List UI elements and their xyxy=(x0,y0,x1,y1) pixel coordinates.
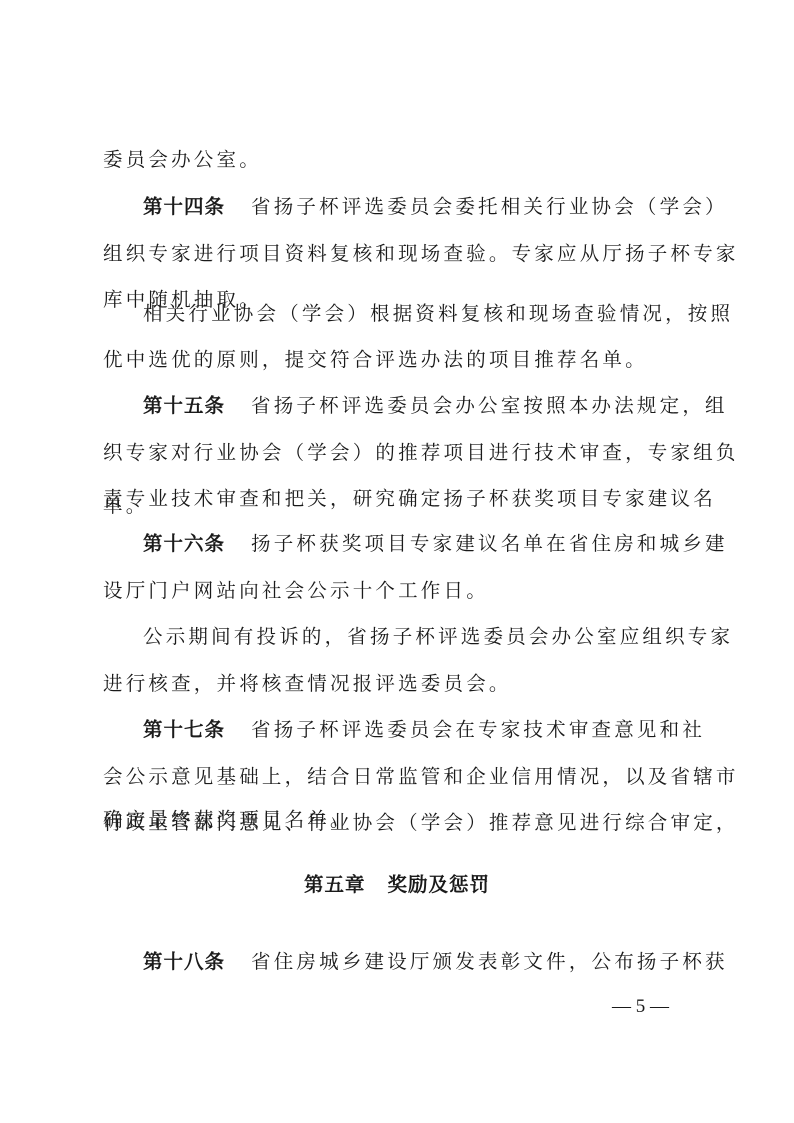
line-text: 优中选优的原则，提交符合评选办法的项目推荐名单。 xyxy=(103,348,648,371)
paragraph-line: 公示期间有投诉的，省扬子杯评选委员会办公室应组织专家 xyxy=(143,625,733,649)
line-text: 省住房城乡建设厅颁发表彰文件，公布扬子杯获 xyxy=(251,950,728,973)
article-16-heading-line: 第十六条扬子杯获奖项目专家建议名单在省住房和城乡建 xyxy=(143,532,728,556)
line-text: 委员会办公室。 xyxy=(103,148,262,171)
paragraph-line: 组织专家进行项目资料复核和现场查验。专家应从厅扬子杯专家 xyxy=(103,242,739,266)
paragraph-line: 设厅门户网站向社会公示十个工作日。 xyxy=(103,579,489,603)
line-text: 确定最终获奖项目名单。 xyxy=(103,808,353,831)
chapter-number: 第五章 xyxy=(304,873,366,896)
article-number: 第十八条 xyxy=(143,950,225,973)
line-text: 省扬子杯评选委员会办公室按照本办法规定，组 xyxy=(251,394,728,417)
paragraph-line: 责专业技术审查和把关，研究确定扬子杯获奖项目专家建议名 xyxy=(103,487,716,511)
article-18-heading-line: 第十八条省住房城乡建设厅颁发表彰文件，公布扬子杯获 xyxy=(143,950,728,974)
page-number: — 5 — xyxy=(612,996,669,1018)
paragraph-line: 委员会办公室。 xyxy=(103,148,262,172)
paragraph-line: 进行核查，并将核查情况报评选委员会。 xyxy=(103,672,512,696)
article-14-heading-line: 第十四条省扬子杯评选委员会委托相关行业协会（学会） xyxy=(143,195,728,219)
line-text: 会公示意见基础上，结合日常监管和企业信用情况，以及省辖市 xyxy=(103,765,739,788)
article-number: 第十七条 xyxy=(143,718,225,741)
line-text: 省扬子杯评选委员会委托相关行业协会（学会） xyxy=(251,195,728,218)
line-text: 单。 xyxy=(103,494,148,517)
article-number: 第十五条 xyxy=(143,394,225,417)
document-page: 委员会办公室。 第十四条省扬子杯评选委员会委托相关行业协会（学会） 组织专家进行… xyxy=(0,0,794,1123)
article-17-heading-line: 第十七条省扬子杯评选委员会在专家技术审查意见和社 xyxy=(143,718,705,742)
line-text: 省扬子杯评选委员会在专家技术审查意见和社 xyxy=(251,718,705,741)
line-text: 相关行业协会（学会）根据资料复核和现场查验情况，按照 xyxy=(143,302,733,325)
line-text: 公示期间有投诉的，省扬子杯评选委员会办公室应组织专家 xyxy=(143,625,733,648)
line-text: 进行核查，并将核查情况报评选委员会。 xyxy=(103,672,512,695)
line-text: 扬子杯获奖项目专家建议名单在省住房和城乡建 xyxy=(251,532,728,555)
line-text: 责专业技术审查和把关，研究确定扬子杯获奖项目专家建议名 xyxy=(103,487,716,510)
article-15-heading-line: 第十五条省扬子杯评选委员会办公室按照本办法规定，组 xyxy=(143,394,728,418)
chapter-title: 奖励及惩罚 xyxy=(388,873,491,896)
paragraph-line: 会公示意见基础上，结合日常监管和企业信用情况，以及省辖市 xyxy=(103,765,739,789)
article-number: 第十四条 xyxy=(143,195,225,218)
paragraph-line: 织专家对行业协会（学会）的推荐项目进行技术审查，专家组负 xyxy=(103,441,739,465)
paragraph-line: 单。 xyxy=(103,494,148,518)
paragraph-line: 确定最终获奖项目名单。 xyxy=(103,808,353,832)
paragraph-line: 优中选优的原则，提交符合评选办法的项目推荐名单。 xyxy=(103,348,648,372)
line-text: 组织专家进行项目资料复核和现场查验。专家应从厅扬子杯专家 xyxy=(103,242,739,265)
chapter-heading: 第五章奖励及惩罚 xyxy=(0,869,794,897)
line-text: 设厅门户网站向社会公示十个工作日。 xyxy=(103,579,489,602)
paragraph-line: 相关行业协会（学会）根据资料复核和现场查验情况，按照 xyxy=(143,302,733,326)
article-number: 第十六条 xyxy=(143,532,225,555)
line-text: 织专家对行业协会（学会）的推荐项目进行技术审查，专家组负 xyxy=(103,441,739,464)
